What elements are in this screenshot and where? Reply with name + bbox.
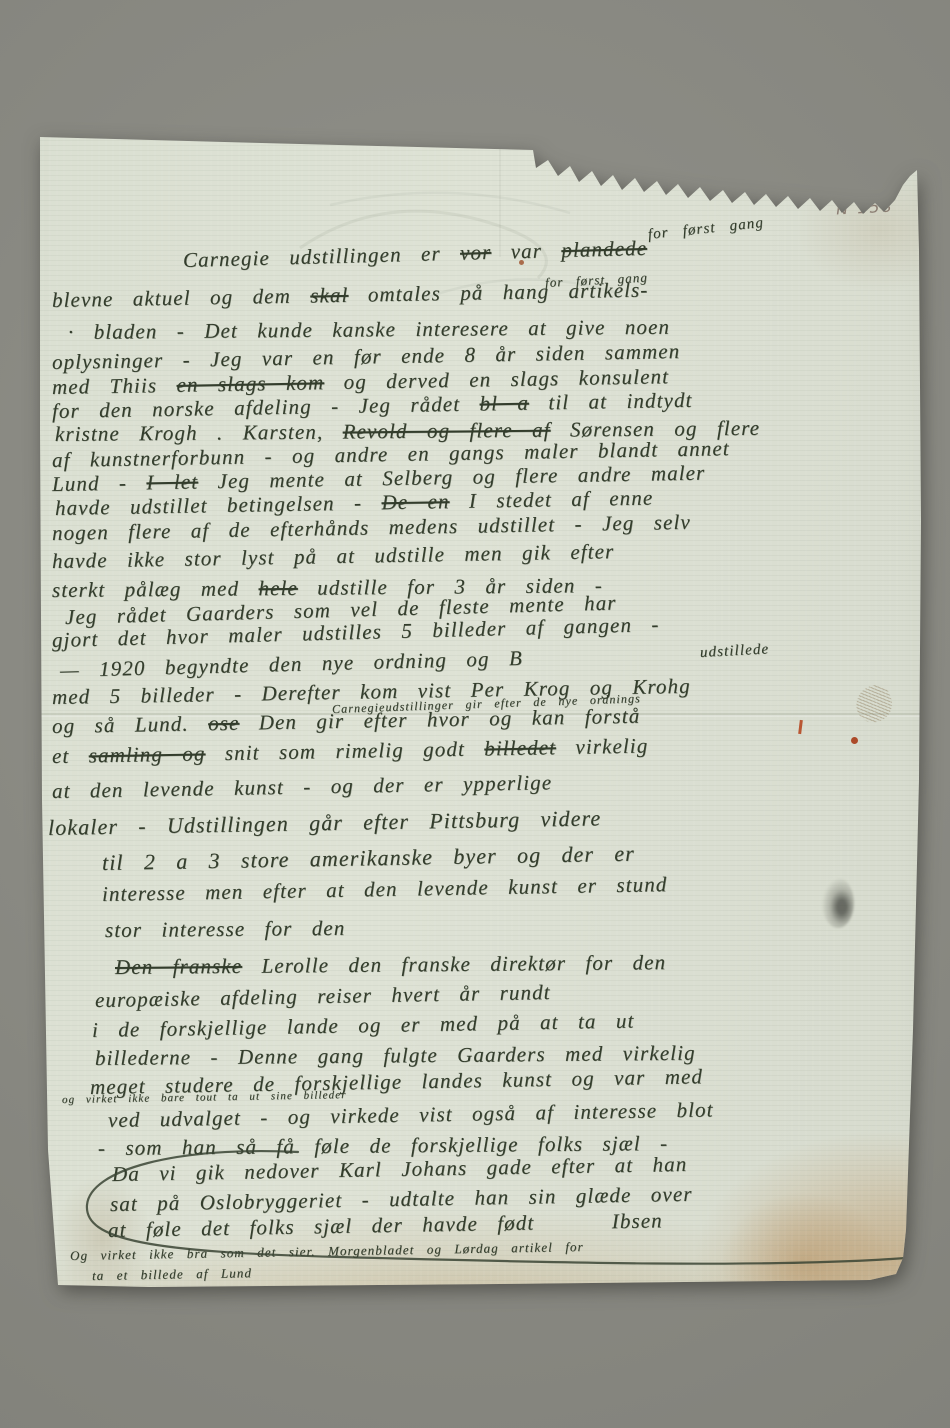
photograph-background: for først gangCarnegie udstillingen er v… [0, 0, 950, 1428]
archive-number: N 158 [836, 197, 895, 219]
handwritten-line: et samling og snit som rimelig godt bill… [52, 736, 649, 767]
rust-spot [519, 260, 524, 265]
handwritten-line: udstillede [700, 642, 770, 661]
red-ink-dot [851, 737, 858, 744]
red-ink-dash [798, 720, 803, 734]
handwritten-line: og så Lund. ose Den gir efter hvor og ka… [52, 706, 641, 737]
handwritten-line: til 2 a 3 store amerikanske byer og der … [102, 843, 635, 874]
handwritten-line: interesse men efter at den levende kunst… [102, 874, 668, 905]
handwritten-line: i de forskjellige lande og er med på at … [92, 1011, 635, 1041]
handwritten-line: · bladen - Det kunde kanske interesere a… [68, 317, 670, 343]
handwritten-line: at den levende kunst - og der er ypperli… [52, 772, 553, 802]
handwritten-line: at føle det folks sjæl der havde født Ib… [108, 1210, 663, 1241]
handwritten-line: for først gang [647, 216, 764, 243]
manuscript-paper: for først gangCarnegie udstillingen er v… [0, 0, 950, 1428]
handwritten-line: blevne aktuel og dem skal omtales på han… [52, 280, 649, 311]
handwritten-line: lokaler - Udstillingen går efter Pittsbu… [48, 807, 602, 839]
fingerprint-smudge [851, 681, 896, 726]
handwritten-line: havde ikke stor lyst på at udstille men … [52, 541, 615, 572]
handwritten-line: — 1920 begyndte den nye ordning og B [60, 648, 523, 681]
ink-blot-smudge [822, 878, 854, 928]
handwritten-line: ta et billede af Lund [92, 1266, 252, 1282]
handwritten-line: Og virket ikke bra som det sier. Morgenb… [70, 1240, 584, 1262]
handwritten-line: europæiske afdeling reiser hvert år rund… [95, 982, 551, 1011]
paper-shadow-wrap: for først gangCarnegie udstillingen er v… [0, 0, 950, 1428]
handwritten-line: ved udvalget - og virkede vist også af i… [108, 1099, 714, 1131]
handwritten-line: Den franske Lerolle den franske direktør… [115, 952, 666, 978]
handwritten-line: Carnegie udstillingen er vor var planded… [183, 238, 648, 271]
handwritten-line: stor interesse for den [105, 918, 346, 941]
